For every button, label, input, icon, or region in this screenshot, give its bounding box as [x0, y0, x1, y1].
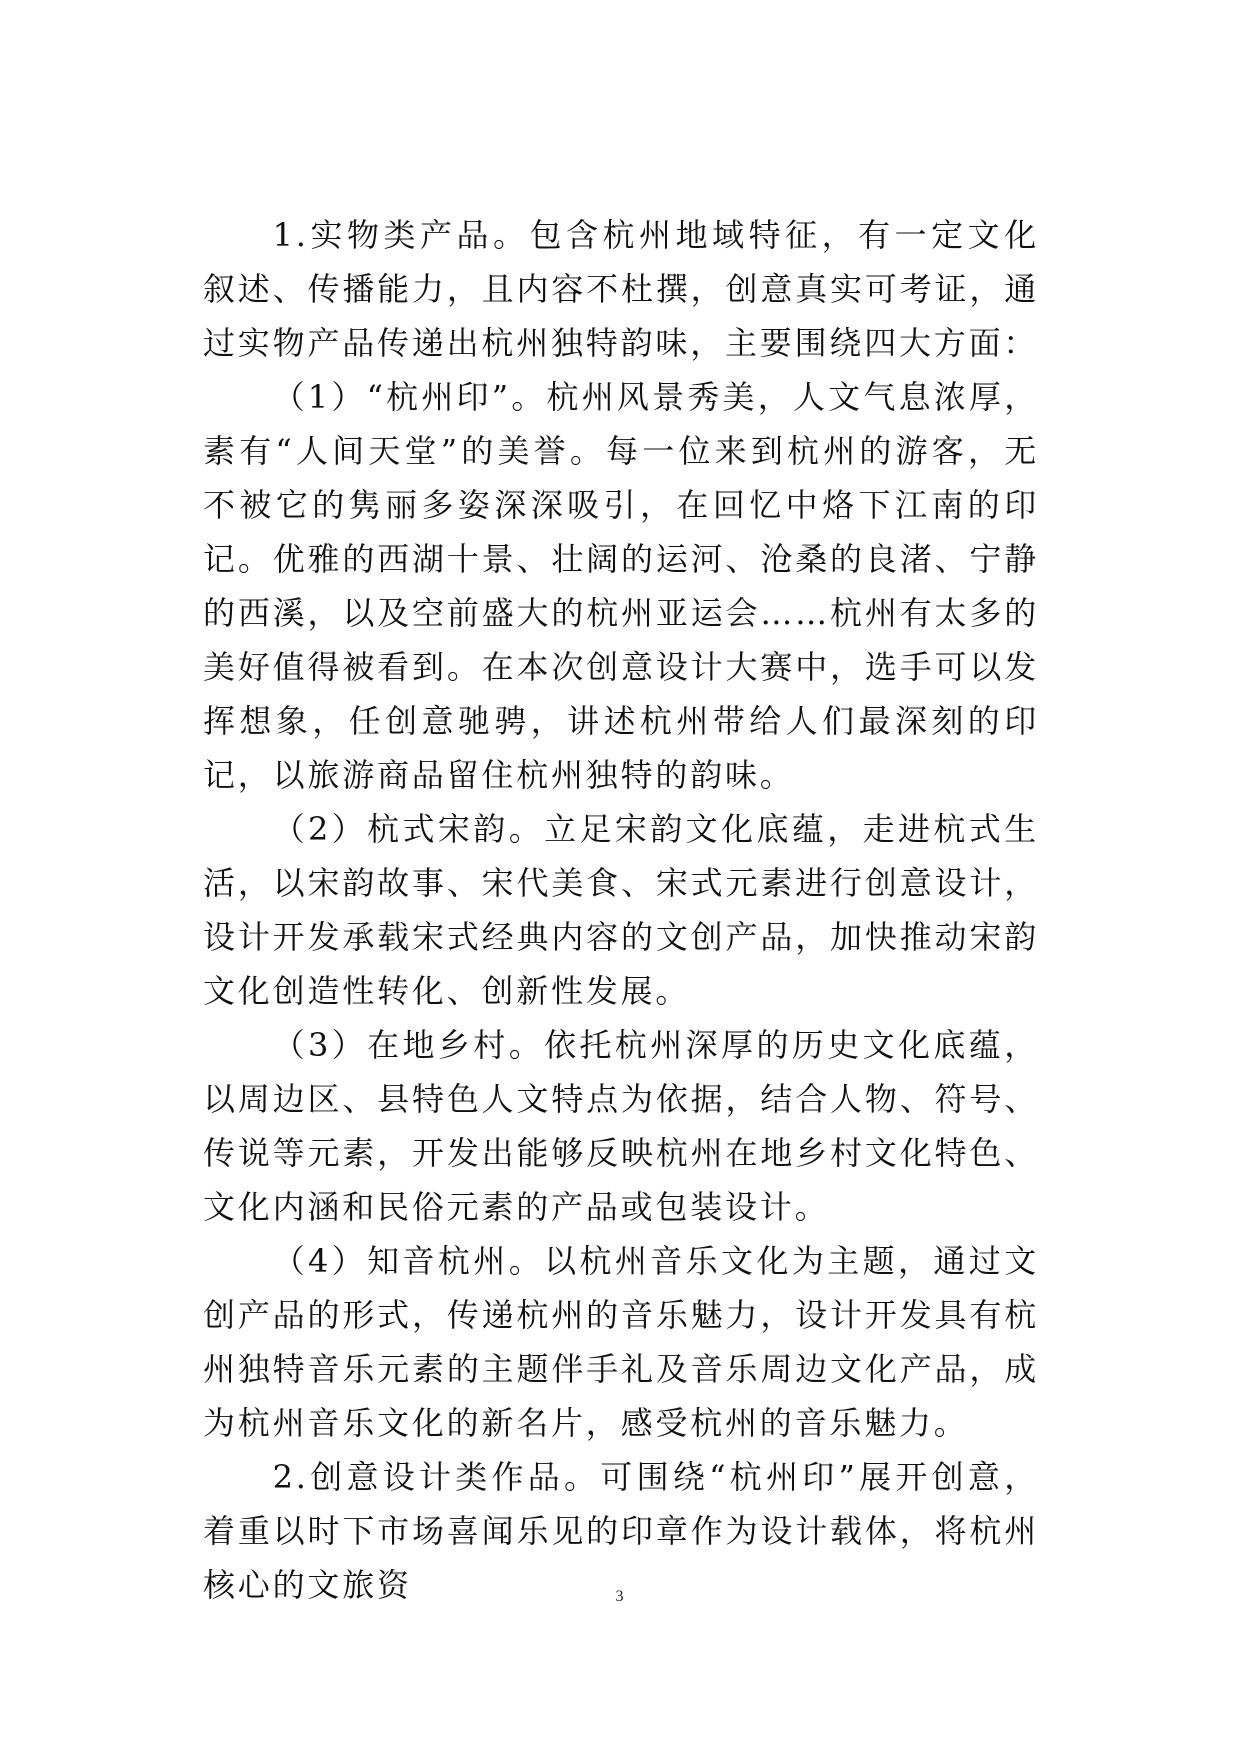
- paragraph-song-style: （2）杭式宋韵。立足宋韵文化底蕴，走进杭式生活，以宋韵故事、宋代美食、宋式元素进…: [203, 802, 1039, 1018]
- document-page: 1.实物类产品。包含杭州地域特征，有一定文化叙述、传播能力，且内容不杜撰，创意真…: [0, 0, 1239, 1754]
- paragraph-hangzhou-seal: （1）“杭州印”。杭州风景秀美，人文气息浓厚，素有“人间天堂”的美誉。每一位来到…: [203, 370, 1039, 802]
- page-number: 3: [0, 1588, 1239, 1606]
- body-text: 1.实物类产品。包含杭州地域特征，有一定文化叙述、传播能力，且内容不杜撰，创意真…: [203, 208, 1039, 1612]
- paragraph-physical-products: 1.实物类产品。包含杭州地域特征，有一定文化叙述、传播能力，且内容不杜撰，创意真…: [203, 208, 1039, 370]
- paragraph-local-village: （3）在地乡村。依托杭州深厚的历史文化底蕴，以周边区、县特色人文特点为依据，结合…: [203, 1018, 1039, 1234]
- paragraph-music-hangzhou: （4）知音杭州。以杭州音乐文化为主题，通过文创产品的形式，传递杭州的音乐魅力，设…: [203, 1234, 1039, 1450]
